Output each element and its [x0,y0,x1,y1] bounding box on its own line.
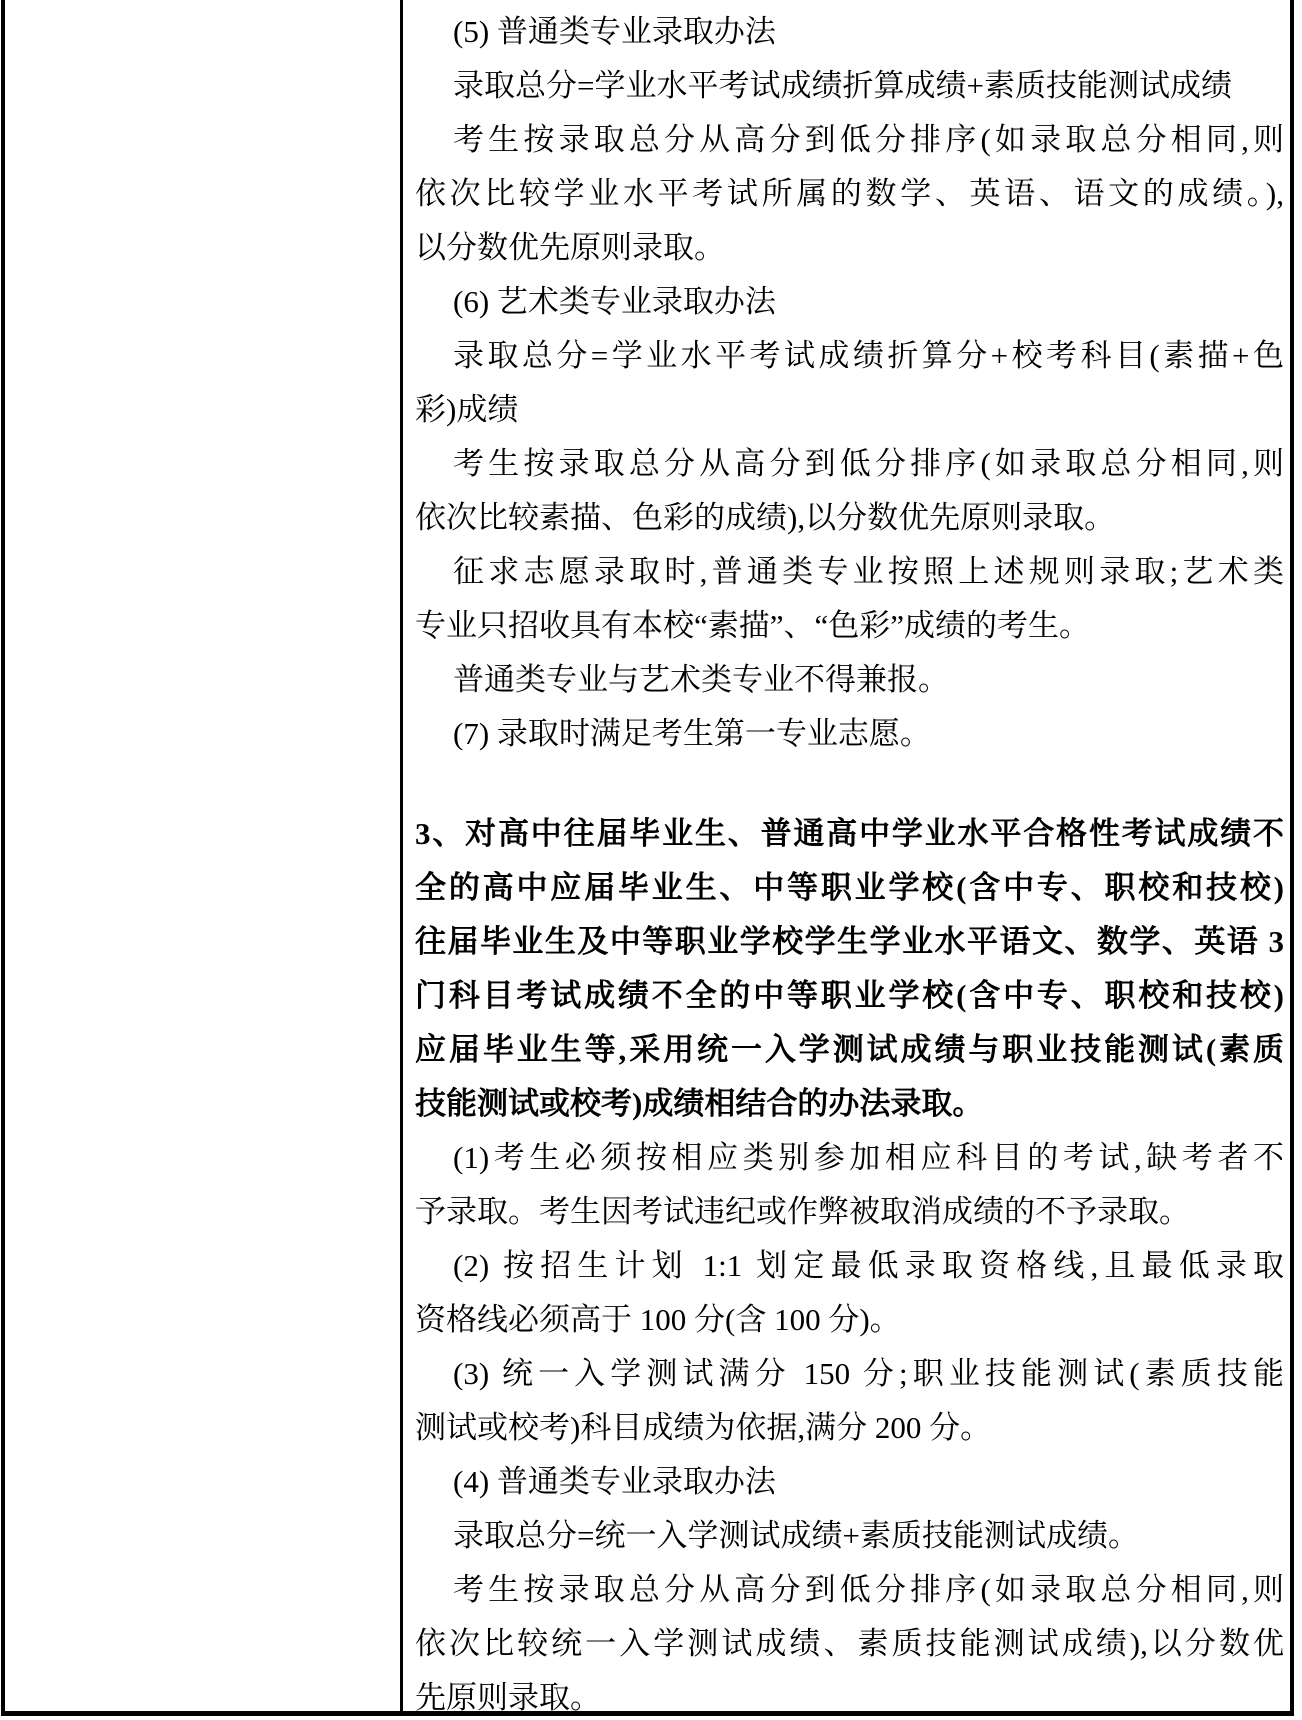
text-line: (2) 按招生计划 1:1 划定最低录取资格线,且最低录取 [415,1239,1284,1293]
text-line: 予录取。考生因考试违纪或作弊被取消成绩的不予录取。 [415,1185,1284,1239]
text-line: 录取总分=学业水平考试成绩折算分+校考科目(素描+色 [415,329,1284,383]
text-line: 考生按录取总分从高分到低分排序(如录取总分相同,则 [415,1563,1284,1617]
text-line: 考生按录取总分从高分到低分排序(如录取总分相同,则 [415,437,1284,491]
text-line: 征求志愿录取时,普通类专业按照上述规则录取;艺术类 [415,545,1284,599]
text-line: 以分数优先原则录取。 [415,221,1284,275]
text-line: 彩)成绩 [415,383,1284,437]
text-line: 依次比较学业水平考试所属的数学、英语、语文的成绩。), [415,167,1284,221]
text-line: (5) 普通类专业录取办法 [415,5,1284,59]
text-line: (3) 统一入学测试满分 150 分;职业技能测试(素质技能 [415,1347,1284,1401]
text-line: 资格线必须高于 100 分(含 100 分)。 [415,1293,1284,1347]
blank-line [415,761,1284,807]
text-line: 先原则录取。 [415,1671,1284,1720]
document-page: (5) 普通类专业录取办法录取总分=学业水平考试成绩折算成绩+素质技能测试成绩考… [0,0,1302,1720]
table-cell-admission-rules: (5) 普通类专业录取办法录取总分=学业水平考试成绩折算成绩+素质技能测试成绩考… [403,0,1290,1716]
text-line: 普通类专业与艺术类专业不得兼报。 [415,653,1284,707]
text-line: 3、对高中往届毕业生、普通高中学业水平合格性考试成绩不 [415,807,1284,861]
text-line: 测试或校考)科目成绩为依据,满分 200 分。 [415,1401,1284,1455]
text-line: 全的高中应届毕业生、中等职业学校(含中专、职校和技校) [415,861,1284,915]
table-border-right [1290,0,1294,1716]
text-line: 依次比较素描、色彩的成绩),以分数优先原则录取。 [415,491,1284,545]
table-cell-left-empty [5,0,400,1711]
text-line: (7) 录取时满足考生第一专业志愿。 [415,707,1284,761]
text-line: 专业只招收具有本校“素描”、“色彩”成绩的考生。 [415,599,1284,653]
text-line: 依次比较统一入学测试成绩、素质技能测试成绩),以分数优 [415,1617,1284,1671]
text-line: 往届毕业生及中等职业学校学生学业水平语文、数学、英语 3 [415,915,1284,969]
text-line: 考生按录取总分从高分到低分排序(如录取总分相同,则 [415,113,1284,167]
text-line: 技能测试或校考)成绩相结合的办法录取。 [415,1077,1284,1131]
text-line: 录取总分=学业水平考试成绩折算成绩+素质技能测试成绩 [415,59,1284,113]
text-line: (1)考生必须按相应类别参加相应科目的考试,缺考者不 [415,1131,1284,1185]
text-line: (4) 普通类专业录取办法 [415,1455,1284,1509]
text-line: 应届毕业生等,采用统一入学测试成绩与职业技能测试(素质 [415,1023,1284,1077]
text-line: (6) 艺术类专业录取办法 [415,275,1284,329]
text-line: 录取总分=统一入学测试成绩+素质技能测试成绩。 [415,1509,1284,1563]
text-line: 门科目考试成绩不全的中等职业学校(含中专、职校和技校) [415,969,1284,1023]
